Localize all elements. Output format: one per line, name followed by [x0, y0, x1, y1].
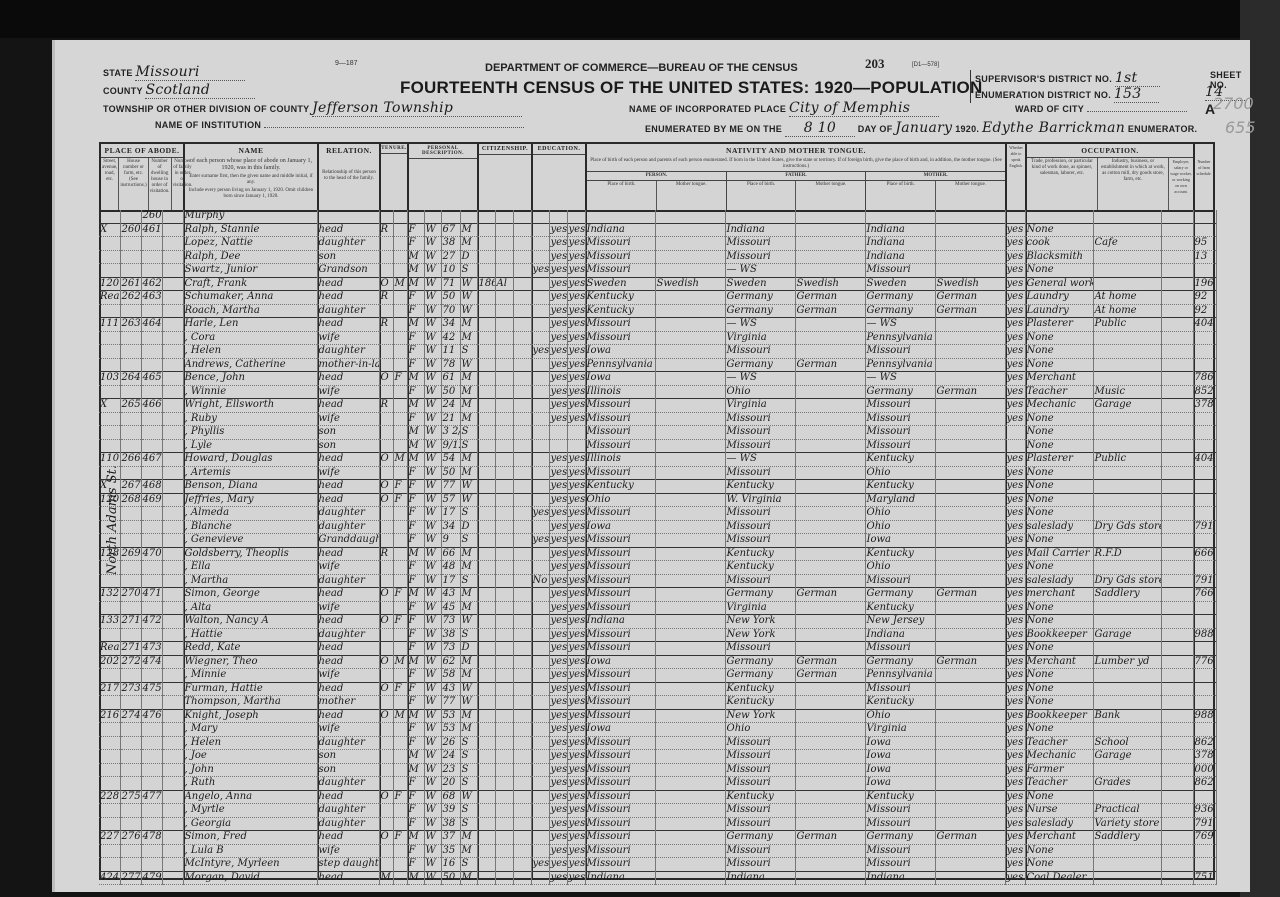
- cell-mort: M: [393, 655, 407, 669]
- cell-dwelling: [141, 750, 162, 764]
- cell-occ: Teacher: [1025, 385, 1093, 399]
- cell-mpob: New Jersey: [865, 615, 935, 629]
- cell-ind: Lumber yd: [1093, 655, 1161, 669]
- cell-sex: M: [407, 453, 424, 467]
- cell-imm: [477, 642, 495, 656]
- table-row: 111263464Harle, LenheadRMW34MyesyesMisso…: [99, 318, 1216, 332]
- cell-ind: Cafe: [1093, 237, 1161, 251]
- cell-street: [99, 750, 120, 764]
- cell-race: W: [424, 426, 441, 440]
- cell-read: yes: [549, 399, 567, 413]
- cell-write: yes: [567, 790, 585, 804]
- cell-pob: Missouri: [585, 601, 655, 615]
- cell-mmt: [935, 696, 1005, 710]
- cell-eng: yes: [1005, 466, 1025, 480]
- cell-mt: [655, 399, 725, 413]
- cell-name: , Lula B: [183, 844, 317, 858]
- cell-eng: yes: [1005, 817, 1025, 831]
- cell-family: [162, 669, 183, 683]
- table-row: , AltawifeFW45MyesyesMissouriVirginiaKen…: [99, 601, 1216, 615]
- cell-mmt: [935, 264, 1005, 278]
- cell-read: yes: [549, 615, 567, 629]
- cell-relation: head: [317, 318, 379, 332]
- cell-dwelling: [141, 520, 162, 534]
- cell-own: O: [379, 372, 393, 386]
- cell-relation: wife: [317, 669, 379, 683]
- cell-age: 78: [441, 358, 460, 372]
- cell-school: [531, 669, 549, 683]
- cell-relation: wife: [317, 412, 379, 426]
- cell-fpob: Germany: [725, 304, 795, 318]
- enumeration-day: 8 10: [785, 120, 855, 137]
- cell-mpob: Iowa: [865, 736, 935, 750]
- cell-code: [1193, 844, 1216, 858]
- cell-emp: [1161, 844, 1193, 858]
- cell-race: W: [424, 561, 441, 575]
- cell-name: Benson, Diana: [183, 480, 317, 494]
- cell-own: [379, 763, 393, 777]
- cell-mmt: [935, 345, 1005, 359]
- cell-race: W: [424, 304, 441, 318]
- cell-sex: F: [407, 520, 424, 534]
- cell-age: 9/12: [441, 439, 460, 453]
- cell-dwelling: [141, 426, 162, 440]
- cell-natyr: [513, 655, 531, 669]
- cell-code: 852: [1193, 385, 1216, 399]
- cell-imm: [477, 574, 495, 588]
- cell-fmt: [795, 736, 865, 750]
- cell-street: [99, 844, 120, 858]
- cell-dwelling: [141, 669, 162, 683]
- cell-relation: head: [317, 372, 379, 386]
- table-row: 228275477Angelo, AnnaheadOFFW68WyesyesMi…: [99, 790, 1216, 804]
- cell-marital: S: [460, 534, 477, 548]
- cell-emp: [1161, 669, 1193, 683]
- cell-imm: [477, 682, 495, 696]
- cell-pob: Missouri: [585, 547, 655, 561]
- cell-dwelling: 467: [141, 453, 162, 467]
- cell-relation: [317, 210, 379, 223]
- cell-marital: M: [460, 871, 477, 885]
- cell-own: [379, 331, 393, 345]
- cell-house: 271: [120, 642, 141, 656]
- cell-imm: [477, 250, 495, 264]
- cell-eng: yes: [1005, 520, 1025, 534]
- table-row: 217273475Furman, HattieheadOFFW43Wyesyes…: [99, 682, 1216, 696]
- cell-mpob: Germany: [865, 385, 935, 399]
- cell-read: yes: [549, 709, 567, 723]
- cell-mmt: [935, 750, 1005, 764]
- cell-family: [162, 210, 183, 223]
- cell-mpob: Iowa: [865, 777, 935, 791]
- cell-natyr: [513, 291, 531, 305]
- cell-name: , Myrtle: [183, 804, 317, 818]
- cell-family: [162, 304, 183, 318]
- cell-marital: D: [460, 250, 477, 264]
- cell-occ: Merchant: [1025, 655, 1093, 669]
- cell-school: yes: [531, 507, 549, 521]
- ward-value: [1087, 111, 1187, 112]
- cell-relation: son: [317, 250, 379, 264]
- cell-pob: Missouri: [585, 574, 655, 588]
- cell-street: [99, 345, 120, 359]
- cell-house: [120, 601, 141, 615]
- cell-fmt: [795, 844, 865, 858]
- cell-house: [120, 385, 141, 399]
- cell-fmt: [795, 250, 865, 264]
- cell-mmt: [935, 628, 1005, 642]
- cell-nat: [495, 210, 513, 223]
- cell-imm: [477, 534, 495, 548]
- cell-mt: [655, 493, 725, 507]
- cell-relation: wife: [317, 601, 379, 615]
- cell-mt: [655, 669, 725, 683]
- cell-emp: [1161, 264, 1193, 278]
- cell-marital: M: [460, 385, 477, 399]
- cell-mort: [393, 601, 407, 615]
- cell-ind: At home: [1093, 291, 1161, 305]
- cell-ind: [1093, 615, 1161, 629]
- cell-age: 53: [441, 709, 460, 723]
- cell-natyr: [513, 372, 531, 386]
- cell-fmt: [795, 331, 865, 345]
- cell-fmt: [795, 399, 865, 413]
- cell-ind: [1093, 480, 1161, 494]
- cell-fmt: [795, 682, 865, 696]
- cell-write: yes: [567, 696, 585, 710]
- cell-fmt: German: [795, 831, 865, 845]
- cell-age: 42: [441, 331, 460, 345]
- cell-mort: [393, 345, 407, 359]
- cell-eng: yes: [1005, 277, 1025, 291]
- cell-write: yes: [567, 858, 585, 872]
- cell-race: W: [424, 628, 441, 642]
- cell-imm: [477, 561, 495, 575]
- cell-nat: [495, 304, 513, 318]
- cell-name: Swartz, Junior: [183, 264, 317, 278]
- cell-dwelling: [141, 804, 162, 818]
- cell-school: [531, 520, 549, 534]
- cell-natyr: [513, 385, 531, 399]
- cell-relation: head: [317, 453, 379, 467]
- cell-relation: head: [317, 655, 379, 669]
- cell-school: [531, 331, 549, 345]
- table-row: 424277479Morgan, DavidheadMMW50MyesyesIn…: [99, 871, 1216, 885]
- cell-code: [1193, 223, 1216, 237]
- cell-mt: [655, 723, 725, 737]
- cell-ind: R.F.D: [1093, 547, 1161, 561]
- cell-mmt: [935, 372, 1005, 386]
- cell-mpob: Ohio: [865, 561, 935, 575]
- cell-ind: [1093, 264, 1161, 278]
- cell-marital: W: [460, 682, 477, 696]
- cell-natyr: [513, 507, 531, 521]
- cell-imm: [477, 399, 495, 413]
- cell-occ: Plasterer: [1025, 453, 1093, 467]
- incorporated-place-field: NAME OF INCORPORATED PLACE City of Memph…: [629, 100, 939, 117]
- cell-fmt: [795, 642, 865, 656]
- cell-emp: [1161, 493, 1193, 507]
- cell-write: yes: [567, 804, 585, 818]
- cell-occ: Mechanic: [1025, 750, 1093, 764]
- cell-natyr: [513, 817, 531, 831]
- cell-race: W: [424, 777, 441, 791]
- cell-dwelling: 465: [141, 372, 162, 386]
- cell-street: 103: [99, 372, 120, 386]
- cell-ind: [1093, 763, 1161, 777]
- cell-emp: [1161, 439, 1193, 453]
- cell-code: 791: [1193, 574, 1216, 588]
- cell-fpob: Ohio: [725, 385, 795, 399]
- form-code: [D1—578]: [912, 62, 939, 68]
- cell-occ: None: [1025, 426, 1093, 440]
- cell-house: [120, 574, 141, 588]
- cell-write: yes: [567, 277, 585, 291]
- cell-family: [162, 804, 183, 818]
- cell-nat: [495, 480, 513, 494]
- cell-dwelling: [141, 561, 162, 575]
- cell-mpob: Ohio: [865, 709, 935, 723]
- cell-mt: [655, 817, 725, 831]
- cell-mpob: Missouri: [865, 642, 935, 656]
- cell-pob: Indiana: [585, 615, 655, 629]
- table-row: Rear262463Schumaker, AnnaheadRFW50Wyesye…: [99, 291, 1216, 305]
- cell-school: [531, 250, 549, 264]
- cell-mmt: [935, 777, 1005, 791]
- cell-imm: [477, 223, 495, 237]
- cell-name: , Mary: [183, 723, 317, 737]
- cell-nat: [495, 723, 513, 737]
- cell-code: 92: [1193, 304, 1216, 318]
- cell-name: Craft, Frank: [183, 277, 317, 291]
- cell-fmt: [795, 318, 865, 332]
- cell-ind: [1093, 426, 1161, 440]
- cell-nat: [495, 493, 513, 507]
- cell-emp: [1161, 466, 1193, 480]
- cell-occ: Merchant: [1025, 372, 1093, 386]
- cell-mmt: [935, 574, 1005, 588]
- cell-school: [531, 439, 549, 453]
- cell-relation: head: [317, 291, 379, 305]
- cell-read: yes: [549, 507, 567, 521]
- cell-code: 378: [1193, 750, 1216, 764]
- cell-family: [162, 736, 183, 750]
- cell-own: R: [379, 547, 393, 561]
- cell-pob: Missouri: [585, 804, 655, 818]
- cell-imm: [477, 831, 495, 845]
- cell-read: yes: [549, 844, 567, 858]
- cell-family: [162, 615, 183, 629]
- census-sheet: 9—187 DEPARTMENT OF COMMERCE—BUREAU OF T…: [52, 40, 1250, 892]
- cell-nat: [495, 547, 513, 561]
- cell-own: [379, 358, 393, 372]
- cell-pob: Missouri: [585, 790, 655, 804]
- cell-race: W: [424, 601, 441, 615]
- cell-mmt: [935, 358, 1005, 372]
- cell-emp: [1161, 399, 1193, 413]
- cell-street: [99, 507, 120, 521]
- cell-ind: [1093, 277, 1161, 291]
- cell-relation: mother: [317, 696, 379, 710]
- cell-mmt: [935, 237, 1005, 251]
- cell-mpob: Ohio: [865, 520, 935, 534]
- cell-sex: M: [407, 399, 424, 413]
- cell-occ: saleslady: [1025, 574, 1093, 588]
- cell-race: W: [424, 615, 441, 629]
- cell-write: yes: [567, 831, 585, 845]
- cell-sex: F: [407, 723, 424, 737]
- cell-school: [531, 561, 549, 575]
- cell-own: O: [379, 682, 393, 696]
- cell-mmt: [935, 723, 1005, 737]
- cell-mmt: [935, 223, 1005, 237]
- cell-emp: [1161, 696, 1193, 710]
- cell-own: [379, 817, 393, 831]
- cell-name: , Artemis: [183, 466, 317, 480]
- cell-fpob: Indiana: [725, 223, 795, 237]
- cell-age: 38: [441, 817, 460, 831]
- cell-write: yes: [567, 466, 585, 480]
- cell-nat: [495, 426, 513, 440]
- cell-mmt: Swedish: [935, 277, 1005, 291]
- cell-race: W: [424, 331, 441, 345]
- cell-family: [162, 763, 183, 777]
- cell-family: [162, 871, 183, 885]
- cell-fmt: [795, 817, 865, 831]
- cell-house: [120, 345, 141, 359]
- cell-sex: F: [407, 844, 424, 858]
- cell-own: O: [379, 831, 393, 845]
- cell-mt: [655, 385, 725, 399]
- cell-relation: head: [317, 709, 379, 723]
- cell-fmt: [795, 790, 865, 804]
- cell-read: yes: [549, 696, 567, 710]
- cell-house: [120, 439, 141, 453]
- cell-sex: F: [407, 223, 424, 237]
- cell-write: yes: [567, 250, 585, 264]
- cell-ind: [1093, 250, 1161, 264]
- cell-code: 862: [1193, 777, 1216, 791]
- cell-family: [162, 250, 183, 264]
- cell-name: Andrews, Catherine: [183, 358, 317, 372]
- cell-age: 39: [441, 804, 460, 818]
- cell-mort: F: [393, 372, 407, 386]
- cell-dwelling: [141, 736, 162, 750]
- cell-family: [162, 601, 183, 615]
- cell-natyr: [513, 871, 531, 885]
- cell-write: yes: [567, 561, 585, 575]
- cell-occ: None: [1025, 601, 1093, 615]
- cell-occ: Blacksmith: [1025, 250, 1093, 264]
- cell-natyr: [513, 615, 531, 629]
- cell-marital: S: [460, 628, 477, 642]
- cell-fmt: [795, 709, 865, 723]
- cell-mmt: [935, 642, 1005, 656]
- cell-read: yes: [549, 858, 567, 872]
- cell-mpob: Indiana: [865, 250, 935, 264]
- cell-code: [1193, 264, 1216, 278]
- cell-code: [1193, 790, 1216, 804]
- cell-relation: daughter: [317, 345, 379, 359]
- cell-school: [531, 426, 549, 440]
- cell-name: Thompson, Martha: [183, 696, 317, 710]
- cell-dwelling: [141, 858, 162, 872]
- cell-house: [120, 669, 141, 683]
- cell-code: [1193, 480, 1216, 494]
- cell-mt: [655, 534, 725, 548]
- cell-own: [379, 304, 393, 318]
- cell-write: yes: [567, 736, 585, 750]
- cell-sex: F: [407, 696, 424, 710]
- table-row: , WinniewifeFW50MyesyesIllinoisOhioGerma…: [99, 385, 1216, 399]
- enumeration-month: January: [895, 120, 952, 136]
- table-row: X260461Ralph, StannieheadRFW67MyesyesInd…: [99, 223, 1216, 237]
- cell-emp: [1161, 385, 1193, 399]
- cell-emp: [1161, 871, 1193, 885]
- cell-write: yes: [567, 453, 585, 467]
- cell-occ: None: [1025, 223, 1093, 237]
- cell-mpob: Pennsylvania: [865, 331, 935, 345]
- cell-fmt: [795, 426, 865, 440]
- cell-occ: None: [1025, 534, 1093, 548]
- cell-write: yes: [567, 628, 585, 642]
- cell-dwelling: [141, 723, 162, 737]
- township-field: TOWNSHIP OR OTHER DIVISION OF COUNTY Jef…: [103, 100, 522, 117]
- cell-mmt: [935, 466, 1005, 480]
- cell-race: [424, 210, 441, 223]
- cell-mpob: Germany: [865, 588, 935, 602]
- cell-family: [162, 682, 183, 696]
- cell-sex: F: [407, 331, 424, 345]
- cell-age: 48: [441, 561, 460, 575]
- cell-ind: At home: [1093, 304, 1161, 318]
- cell-mort: [393, 723, 407, 737]
- cell-read: yes: [549, 372, 567, 386]
- cell-eng: yes: [1005, 858, 1025, 872]
- cell-mort: [393, 412, 407, 426]
- cell-eng: [1005, 439, 1025, 453]
- cell-pob: Missouri: [585, 682, 655, 696]
- cell-read: yes: [549, 547, 567, 561]
- cell-mt: [655, 750, 725, 764]
- cell-imm: [477, 291, 495, 305]
- cell-family: [162, 790, 183, 804]
- cell-fmt: [795, 777, 865, 791]
- cell-school: [531, 291, 549, 305]
- table-row: , GenevieveGranddaughterFW9SyesyesyesMis…: [99, 534, 1216, 548]
- cell-write: yes: [567, 574, 585, 588]
- cell-write: [567, 210, 585, 223]
- cell-pob: Missouri: [585, 642, 655, 656]
- cell-code: [1193, 669, 1216, 683]
- cell-race: W: [424, 709, 441, 723]
- cell-house: 274: [120, 709, 141, 723]
- cell-emp: [1161, 642, 1193, 656]
- cell-ind: Saddlery: [1093, 588, 1161, 602]
- cell-relation: head: [317, 588, 379, 602]
- cell-nat: [495, 709, 513, 723]
- cell-sex: M: [407, 547, 424, 561]
- cell-emp: [1161, 777, 1193, 791]
- cell-imm: [477, 736, 495, 750]
- table-row: , MinniewifeFW58MyesyesMissouriGermanyGe…: [99, 669, 1216, 683]
- cell-family: [162, 439, 183, 453]
- cell-code: 92: [1193, 291, 1216, 305]
- cell-read: yes: [549, 763, 567, 777]
- cell-marital: S: [460, 804, 477, 818]
- cell-race: W: [424, 547, 441, 561]
- cell-house: 268: [120, 493, 141, 507]
